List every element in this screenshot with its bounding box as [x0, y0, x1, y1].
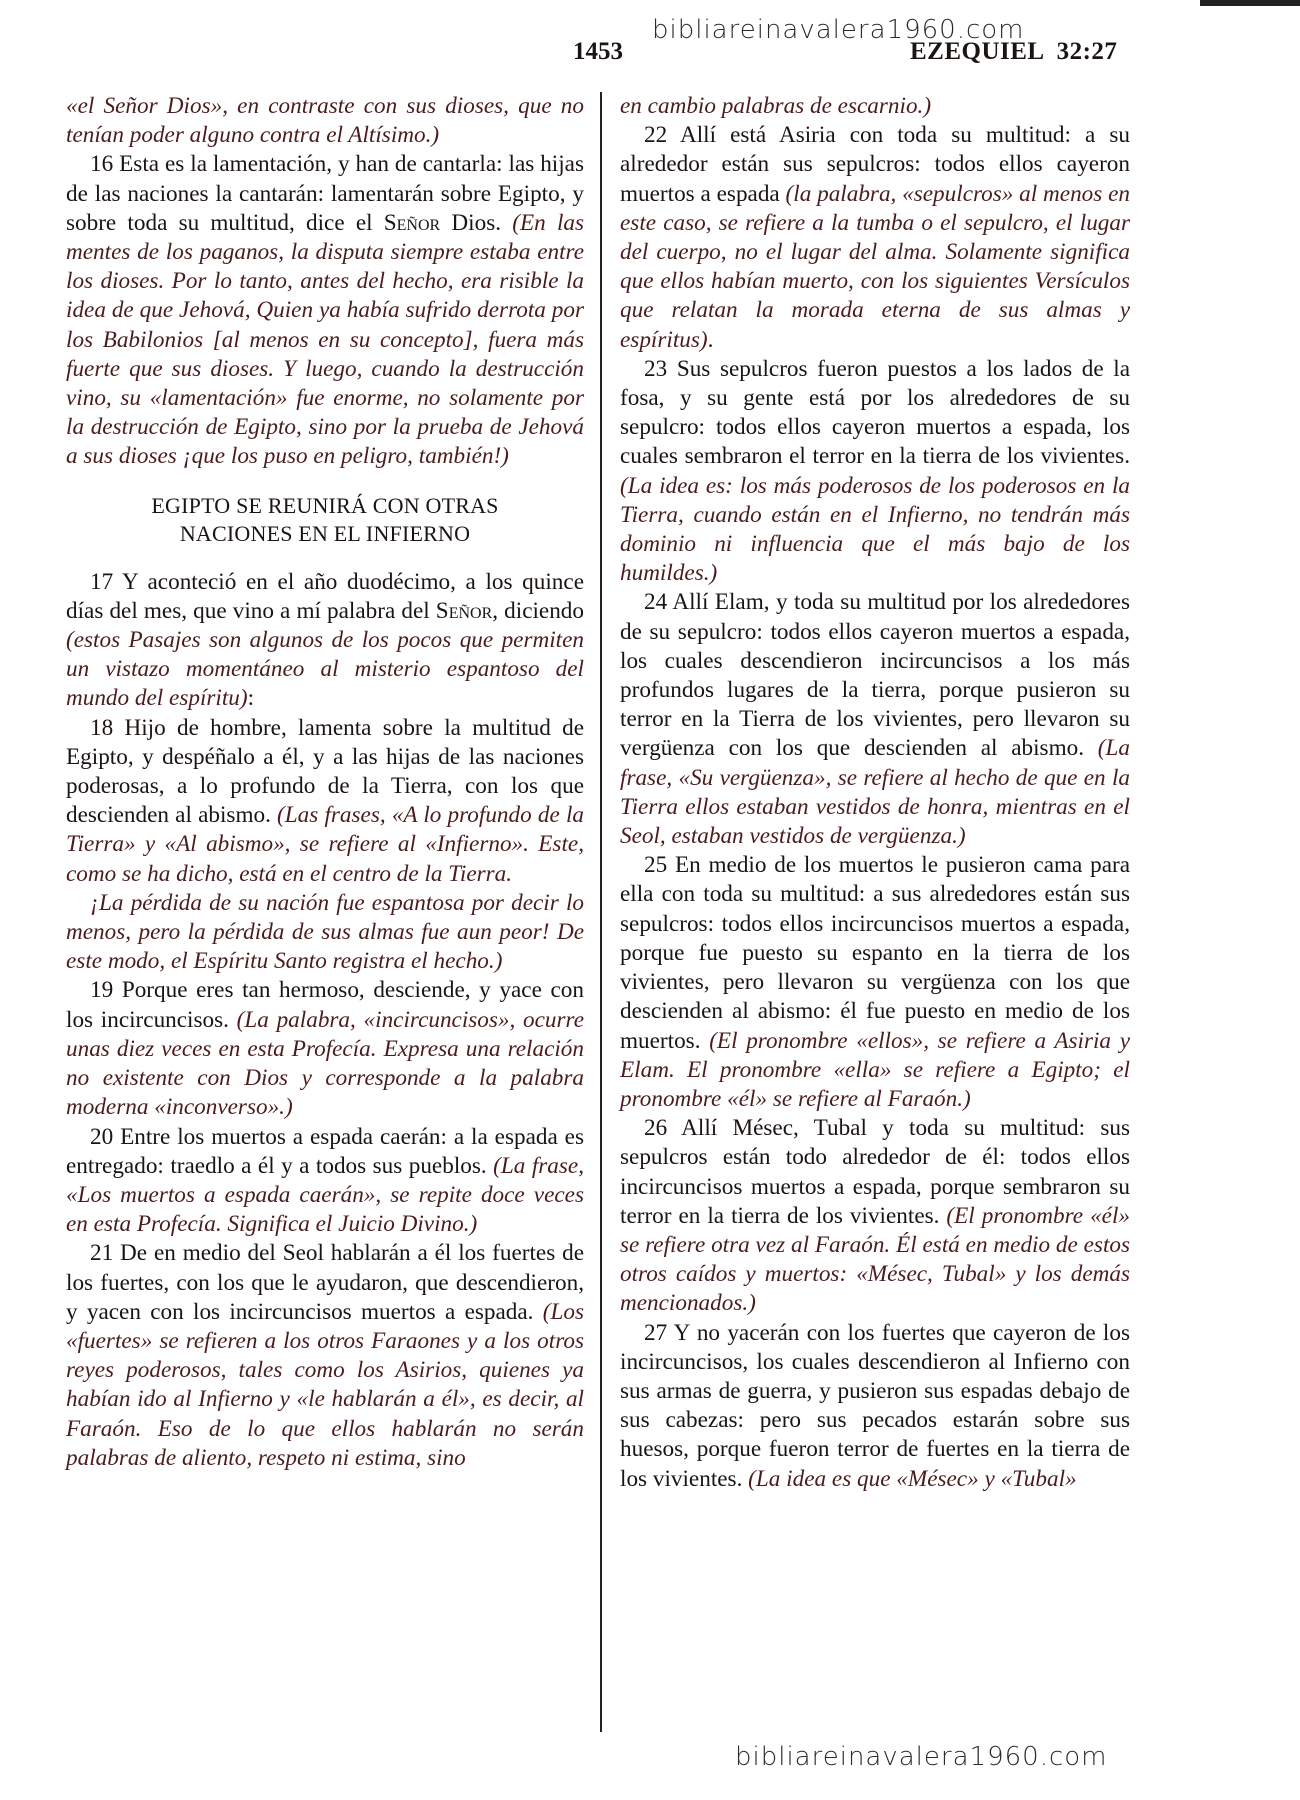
left-column: «el Señor Dios», en contraste con sus di…: [66, 92, 584, 1473]
scan-edge-mark: [1200, 0, 1300, 6]
verse-18: 18 Hijo de hombre, lamenta sobre la mult…: [66, 714, 584, 889]
verse-24: 24 Allí Elam, y toda su multitud por los…: [620, 588, 1130, 851]
column-divider: [600, 92, 602, 1732]
section-heading: EGIPTO SE REUNIRÁ CON OTRAS NACIONES EN …: [66, 492, 584, 548]
commentary-text: «el Señor Dios», en contraste con sus di…: [66, 93, 584, 148]
page-header: 1453 EZEQUIEL32:27: [0, 34, 1300, 84]
lord-small-caps: Señor: [384, 210, 440, 236]
verse-text: 25 En medio de los muertos le pusieron c…: [620, 852, 1130, 1053]
verse-text: .: [708, 327, 714, 353]
commentary-text: (La idea es que «Mésec» y «Tubal»: [748, 1466, 1076, 1492]
verse-text: 21 De en medio del Seol hablarán a él lo…: [66, 1240, 584, 1324]
verse-text: , diciendo: [492, 598, 584, 624]
commentary-text: (estos Pasajes son algunos de los pocos …: [66, 627, 584, 711]
continuation-comment: en cambio palabras de escarnio.): [620, 92, 1130, 121]
verse-26: 26 Allí Mésec, Tubal y toda su multitud:…: [620, 1114, 1130, 1318]
verse-22: 22 Allí está Asiria con toda su multitud…: [620, 121, 1130, 355]
watermark-bottom: bibliareinavalera1960.com: [735, 1742, 1107, 1772]
page-number: 1453: [573, 38, 623, 66]
right-column: en cambio palabras de escarnio.) 22 Allí…: [620, 92, 1130, 1494]
verse-text: 23 Sus sepulcros fueron puestos a los la…: [620, 356, 1130, 470]
verse-19: 19 Porque eres tan hermoso, desciende, y…: [66, 976, 584, 1122]
verse-23: 23 Sus sepulcros fueron puestos a los la…: [620, 355, 1130, 589]
commentary-text: (En las mentes de los paganos, la disput…: [66, 210, 584, 470]
verse-27: 27 Y no yacerán con los fuertes que caye…: [620, 1319, 1130, 1494]
verse-text: 24 Allí Elam, y toda su multitud por los…: [620, 589, 1130, 761]
section-heading-line: EGIPTO SE REUNIRÁ CON OTRAS: [66, 492, 584, 520]
continuation-comment: «el Señor Dios», en contraste con sus di…: [66, 92, 584, 150]
watermark-top: bibliareinavalera1960.com: [652, 15, 1024, 45]
verse-17: 17 Y aconteció en el año duodécimo, a lo…: [66, 568, 584, 714]
commentary-text: en cambio palabras de escarnio.): [620, 93, 931, 119]
verse-21: 21 De en medio del Seol hablarán a él lo…: [66, 1239, 584, 1473]
commentary-text: (La idea es: los más poderosos de los po…: [620, 473, 1130, 587]
verse-text: :: [248, 685, 254, 711]
verse-20: 20 Entre los muertos a espada caerán: a …: [66, 1123, 584, 1240]
verse-text: Dios.: [440, 210, 512, 236]
section-heading-line: NACIONES EN EL INFIERNO: [66, 520, 584, 548]
commentary-text: ¡La pérdida de su nación fue espantosa p…: [66, 890, 584, 974]
verse-25: 25 En medio de los muertos le pusieron c…: [620, 851, 1130, 1114]
verse-18-comment-continued: ¡La pérdida de su nación fue espantosa p…: [66, 889, 584, 977]
lord-small-caps: Señor: [436, 598, 492, 624]
chapter-verse-reference: 32:27: [1057, 38, 1118, 65]
verse-16: 16 Esta es la lamentación, y han de cant…: [66, 150, 584, 471]
